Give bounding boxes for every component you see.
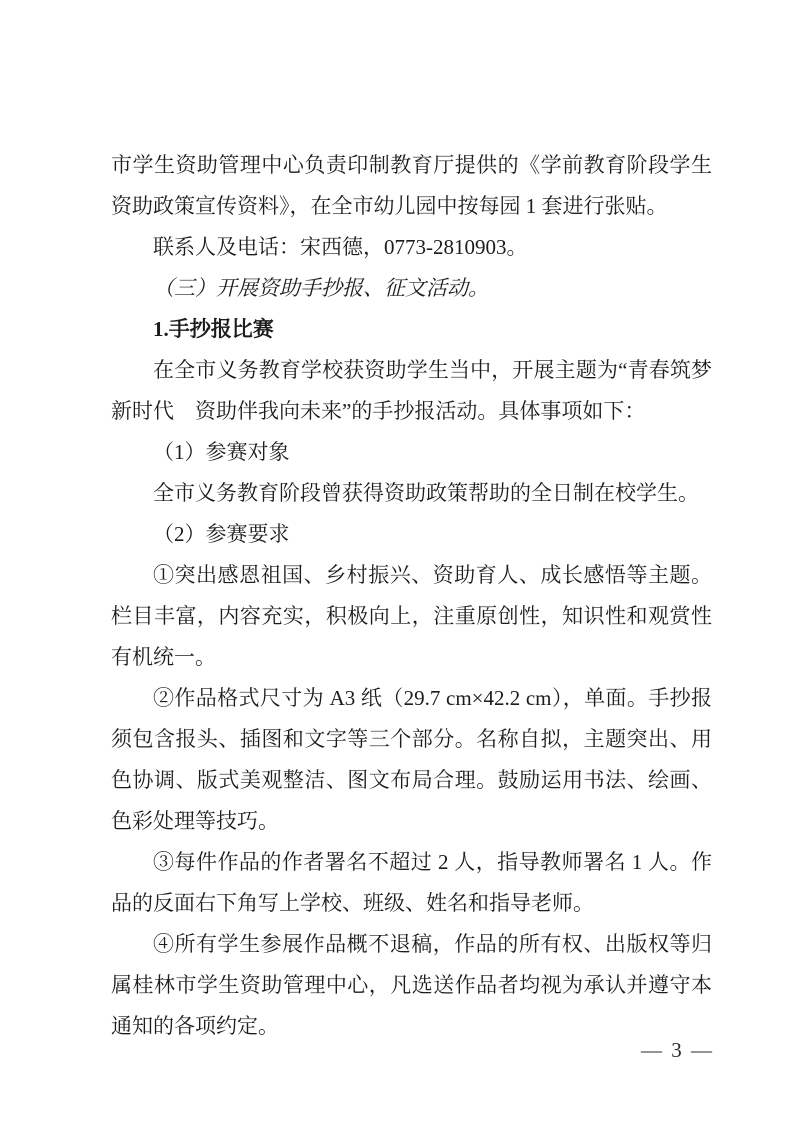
- paragraph-contest-intro: 在全市义务教育学校获资助学生当中，开展主题为“青春筑梦 新时代 资助伴我向未来”…: [111, 350, 712, 432]
- doc-line: 联系人及电话：宋西德，0773-2810903。: [111, 227, 712, 268]
- doc-line: 在全市义务教育学校获资助学生当中，开展主题为“青春筑梦: [111, 350, 712, 391]
- paragraph-requirement-3: ③每件作品的作者署名不超过 2 人，指导教师署名 1 人。作 品的反面右下角写上…: [111, 842, 712, 924]
- doc-line: 新时代 资助伴我向未来”的手抄报活动。具体事项如下：: [111, 391, 712, 432]
- doc-line: 须包含报头、插图和文字等三个部分。名称自拟，主题突出、用: [111, 719, 712, 760]
- paragraph-requirement-1: ①突出感恩祖国、乡村振兴、资助育人、成长感悟等主题。 栏目丰富，内容充实，积极向…: [111, 555, 712, 678]
- heading-contest-one: 1.手抄报比赛: [111, 309, 712, 350]
- doc-line: 色协调、版式美观整洁、图文布局合理。鼓励运用书法、绘画、: [111, 760, 712, 801]
- doc-line: （2）参赛要求: [111, 514, 712, 555]
- paragraph-poster-distribution: 市学生资助管理中心负责印制教育厅提供的《学前教育阶段学生 资助政策宣传资料》，在…: [111, 145, 712, 227]
- section-heading-line: （三）开展资助手抄报、征文活动。: [111, 268, 712, 309]
- paragraph-requirement-2: ②作品格式尺寸为 A3 纸（29.7 cm×42.2 cm），单面。手抄报 须包…: [111, 678, 712, 842]
- doc-line: ④所有学生参展作品概不退稿，作品的所有权、出版权等归: [111, 924, 712, 965]
- page-number: — 3 —: [641, 1036, 714, 1064]
- doc-line: 栏目丰富，内容充实，积极向上，注重原创性，知识性和观赏性: [111, 596, 712, 637]
- heading-item-2: （2）参赛要求: [111, 514, 712, 555]
- document-page: 市学生资助管理中心负责印制教育厅提供的《学前教育阶段学生 资助政策宣传资料》，在…: [0, 0, 800, 1131]
- document-body: 市学生资助管理中心负责印制教育厅提供的《学前教育阶段学生 资助政策宣传资料》，在…: [111, 145, 712, 1047]
- paragraph-contact: 联系人及电话：宋西德，0773-2810903。: [111, 227, 712, 268]
- doc-line: ③每件作品的作者署名不超过 2 人，指导教师署名 1 人。作: [111, 842, 712, 883]
- sub-heading-line: 1.手抄报比赛: [111, 309, 712, 350]
- doc-line: 通知的各项约定。: [111, 1006, 712, 1047]
- doc-line: 属桂林市学生资助管理中心，凡选送作品者均视为承认并遵守本: [111, 965, 712, 1006]
- doc-line: 全市义务教育阶段曾获得资助政策帮助的全日制在校学生。: [111, 473, 712, 514]
- doc-line: （1）参赛对象: [111, 432, 712, 473]
- paragraph-eligibility: 全市义务教育阶段曾获得资助政策帮助的全日制在校学生。: [111, 473, 712, 514]
- paragraph-requirement-4: ④所有学生参展作品概不退稿，作品的所有权、出版权等归 属桂林市学生资助管理中心，…: [111, 924, 712, 1047]
- doc-line: 色彩处理等技巧。: [111, 801, 712, 842]
- heading-item-1: （1）参赛对象: [111, 432, 712, 473]
- doc-line: 资助政策宣传资料》，在全市幼儿园中按每园 1 套进行张贴。: [111, 186, 712, 227]
- doc-line: ②作品格式尺寸为 A3 纸（29.7 cm×42.2 cm），单面。手抄报: [111, 678, 712, 719]
- doc-line: 市学生资助管理中心负责印制教育厅提供的《学前教育阶段学生: [111, 145, 712, 186]
- doc-line: 有机统一。: [111, 637, 712, 678]
- heading-section-three: （三）开展资助手抄报、征文活动。: [111, 268, 712, 309]
- doc-line: 品的反面右下角写上学校、班级、姓名和指导老师。: [111, 883, 712, 924]
- doc-line: ①突出感恩祖国、乡村振兴、资助育人、成长感悟等主题。: [111, 555, 712, 596]
